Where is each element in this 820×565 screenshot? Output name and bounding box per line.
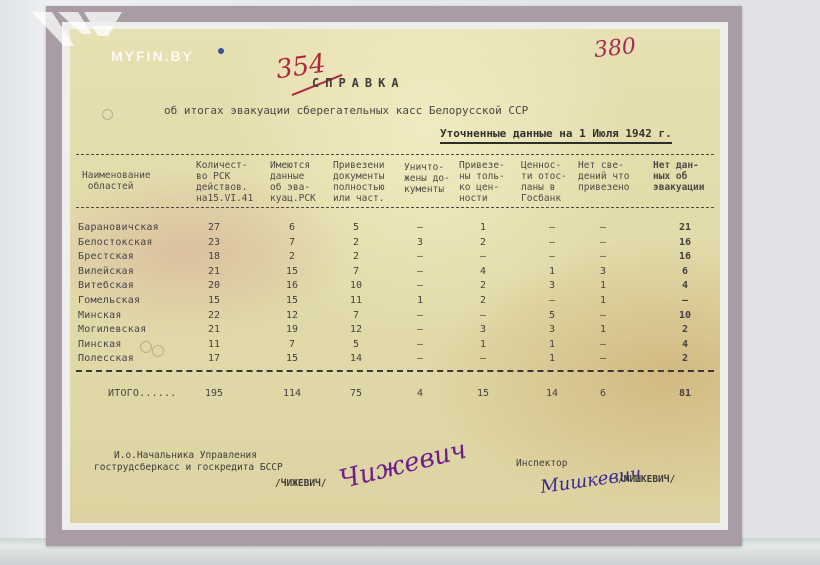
table-rule-total bbox=[76, 370, 714, 374]
table-cell: 16 bbox=[675, 251, 695, 262]
table-cell: 11 bbox=[346, 295, 366, 306]
total-cell: 195 bbox=[204, 388, 224, 399]
table-cell: 1 bbox=[593, 295, 613, 306]
table-cell: 2 bbox=[675, 353, 695, 364]
table-cell: 20 bbox=[204, 280, 224, 291]
stain-mark bbox=[102, 109, 113, 120]
table-row-region: Гомельская bbox=[78, 295, 140, 306]
table-row-region: Пинская bbox=[78, 339, 122, 350]
table-cell: – bbox=[593, 251, 613, 262]
left-signatory-title-line1: И.о.Начальника Управления bbox=[114, 450, 257, 462]
table-cell: 10 bbox=[346, 280, 366, 291]
table-cell: 14 bbox=[346, 353, 366, 364]
table-row-region: Белостокская bbox=[78, 237, 153, 248]
table-cell: – bbox=[542, 251, 562, 262]
table-cell: 5 bbox=[346, 222, 366, 233]
handwritten-number-corner: 380 bbox=[593, 34, 637, 63]
table-cell: – bbox=[593, 222, 613, 233]
column-header-no-evac-data: Нет дан- ных об эвакуации bbox=[653, 160, 704, 193]
table-cell: 10 bbox=[675, 310, 695, 321]
table-row-region: Витебская bbox=[78, 280, 134, 291]
table-cell: 2 bbox=[473, 237, 493, 248]
total-cell: 6 bbox=[593, 388, 613, 399]
table-cell: 21 bbox=[204, 266, 224, 277]
document-subtitle: об итогах эвакуации сберегательных касс … bbox=[164, 104, 528, 117]
total-cell: 14 bbox=[542, 388, 562, 399]
table-cell: 6 bbox=[675, 266, 695, 277]
table-cell: 23 bbox=[204, 237, 224, 248]
table-cell: 1 bbox=[542, 266, 562, 277]
myfin-logo-icon bbox=[18, 10, 128, 52]
table-cell: – bbox=[542, 237, 562, 248]
table-cell: 1 bbox=[542, 353, 562, 364]
table-cell: 15 bbox=[282, 295, 302, 306]
table-cell: 2 bbox=[473, 295, 493, 306]
table-row-region: Барановичская bbox=[78, 222, 159, 233]
table-cell: 3 bbox=[593, 266, 613, 277]
column-header-no-info: Нет све- дений что привезено bbox=[578, 160, 629, 193]
table-cell: 6 bbox=[282, 222, 302, 233]
table-cell: 2 bbox=[282, 251, 302, 262]
table-cell: 17 bbox=[204, 353, 224, 364]
left-signatory-title-line2: гострудсберкасс и госкредита БССР bbox=[94, 462, 283, 474]
total-cell: 4 bbox=[410, 388, 430, 399]
column-header-evac-data: Имеются данные об эва- куац.РСК bbox=[270, 160, 316, 204]
table-cell: 15 bbox=[282, 266, 302, 277]
table-cell: – bbox=[542, 295, 562, 306]
table-cell: 15 bbox=[204, 295, 224, 306]
stain-mark bbox=[140, 341, 152, 353]
table-cell: 2 bbox=[675, 324, 695, 335]
watermark-text: MYFIN.BY bbox=[111, 48, 194, 64]
column-header-docs-brought: Привезени документы полностью или част. bbox=[333, 160, 384, 204]
table-cell: – bbox=[593, 310, 613, 321]
table-cell: – bbox=[410, 222, 430, 233]
table-cell: – bbox=[410, 353, 430, 364]
table-cell: 16 bbox=[675, 237, 695, 248]
column-header-rsk-count: Количест- во РСК действов. на15.VI.41 bbox=[196, 160, 253, 204]
table-row-region: Вилейская bbox=[78, 266, 134, 277]
table-cell: 7 bbox=[346, 266, 366, 277]
table-cell: 1 bbox=[473, 222, 493, 233]
table-rule-header bbox=[76, 207, 714, 209]
table-cell: – bbox=[593, 353, 613, 364]
table-cell: 7 bbox=[346, 310, 366, 321]
table-cell: 4 bbox=[675, 339, 695, 350]
column-header-sent-gosbank: Ценнос- ти отос- ланы в Госбанк bbox=[521, 160, 567, 204]
table-cell: – bbox=[410, 266, 430, 277]
table-cell: 21 bbox=[675, 222, 695, 233]
total-label: ИТОГО...... bbox=[108, 388, 176, 399]
table-cell: 21 bbox=[204, 324, 224, 335]
stain-mark bbox=[152, 345, 164, 357]
updated-data-note: Уточненные данные на 1 Июля 1942 г. bbox=[440, 127, 672, 144]
table-cell: – bbox=[675, 295, 695, 306]
watermark-logo: MYFIN.BY bbox=[18, 10, 208, 60]
table-cell: 12 bbox=[346, 324, 366, 335]
table-cell: – bbox=[473, 251, 493, 262]
pin-mark bbox=[218, 48, 224, 54]
table-cell: 2 bbox=[473, 280, 493, 291]
total-cell: 15 bbox=[473, 388, 493, 399]
table-cell: 2 bbox=[346, 251, 366, 262]
table-cell: 3 bbox=[542, 280, 562, 291]
table-cell: – bbox=[410, 280, 430, 291]
column-header-valuables-only: Привезе- ны толь- ко цен- ности bbox=[459, 160, 505, 204]
table-cell: 7 bbox=[282, 237, 302, 248]
table-cell: – bbox=[410, 324, 430, 335]
table-cell: – bbox=[473, 353, 493, 364]
left-signatory-name: /ЧИЖЕВИЧ/ bbox=[275, 478, 326, 490]
table-cell: – bbox=[410, 251, 430, 262]
table-cell: 4 bbox=[473, 266, 493, 277]
table-cell: 3 bbox=[410, 237, 430, 248]
table-cell: 22 bbox=[204, 310, 224, 321]
table-rule-top bbox=[76, 154, 714, 156]
document-title: СПРАВКА bbox=[312, 76, 405, 90]
table-cell: 4 bbox=[675, 280, 695, 291]
total-cell: 114 bbox=[282, 388, 302, 399]
total-cell: 81 bbox=[675, 388, 695, 399]
table-cell: 1 bbox=[542, 339, 562, 350]
table-cell: – bbox=[593, 237, 613, 248]
table-cell: 1 bbox=[593, 324, 613, 335]
table-row-region: Полесская bbox=[78, 353, 134, 364]
table-row-region: Могилевская bbox=[78, 324, 146, 335]
table-cell: 5 bbox=[542, 310, 562, 321]
total-cell: 75 bbox=[346, 388, 366, 399]
table-cell: 5 bbox=[346, 339, 366, 350]
table-cell: 3 bbox=[473, 324, 493, 335]
table-row-region: Минская bbox=[78, 310, 122, 321]
column-header-docs-destroyed: Уничто- жены до- кументы bbox=[404, 162, 450, 195]
table-cell: 18 bbox=[204, 251, 224, 262]
table-cell: 27 bbox=[204, 222, 224, 233]
table-cell: 3 bbox=[542, 324, 562, 335]
right-signatory-name: /МИШКЕВИЧ/ bbox=[618, 474, 675, 486]
table-cell: – bbox=[593, 339, 613, 350]
table-cell: 19 bbox=[282, 324, 302, 335]
table-cell: 11 bbox=[204, 339, 224, 350]
column-header-region: Наименование областей bbox=[82, 170, 151, 192]
table-row-region: Брестская bbox=[78, 251, 134, 262]
table-cell: 15 bbox=[282, 353, 302, 364]
table-cell: 16 bbox=[282, 280, 302, 291]
right-signatory-title: Инспектор bbox=[516, 458, 567, 470]
table-cell: – bbox=[410, 310, 430, 321]
table-cell: – bbox=[542, 222, 562, 233]
table-cell: 2 bbox=[346, 237, 366, 248]
table-cell: 12 bbox=[282, 310, 302, 321]
table-cell: – bbox=[410, 339, 430, 350]
table-cell: 1 bbox=[593, 280, 613, 291]
table-cell: 1 bbox=[410, 295, 430, 306]
table-cell: – bbox=[473, 310, 493, 321]
table-cell: 1 bbox=[473, 339, 493, 350]
table-cell: 7 bbox=[282, 339, 302, 350]
